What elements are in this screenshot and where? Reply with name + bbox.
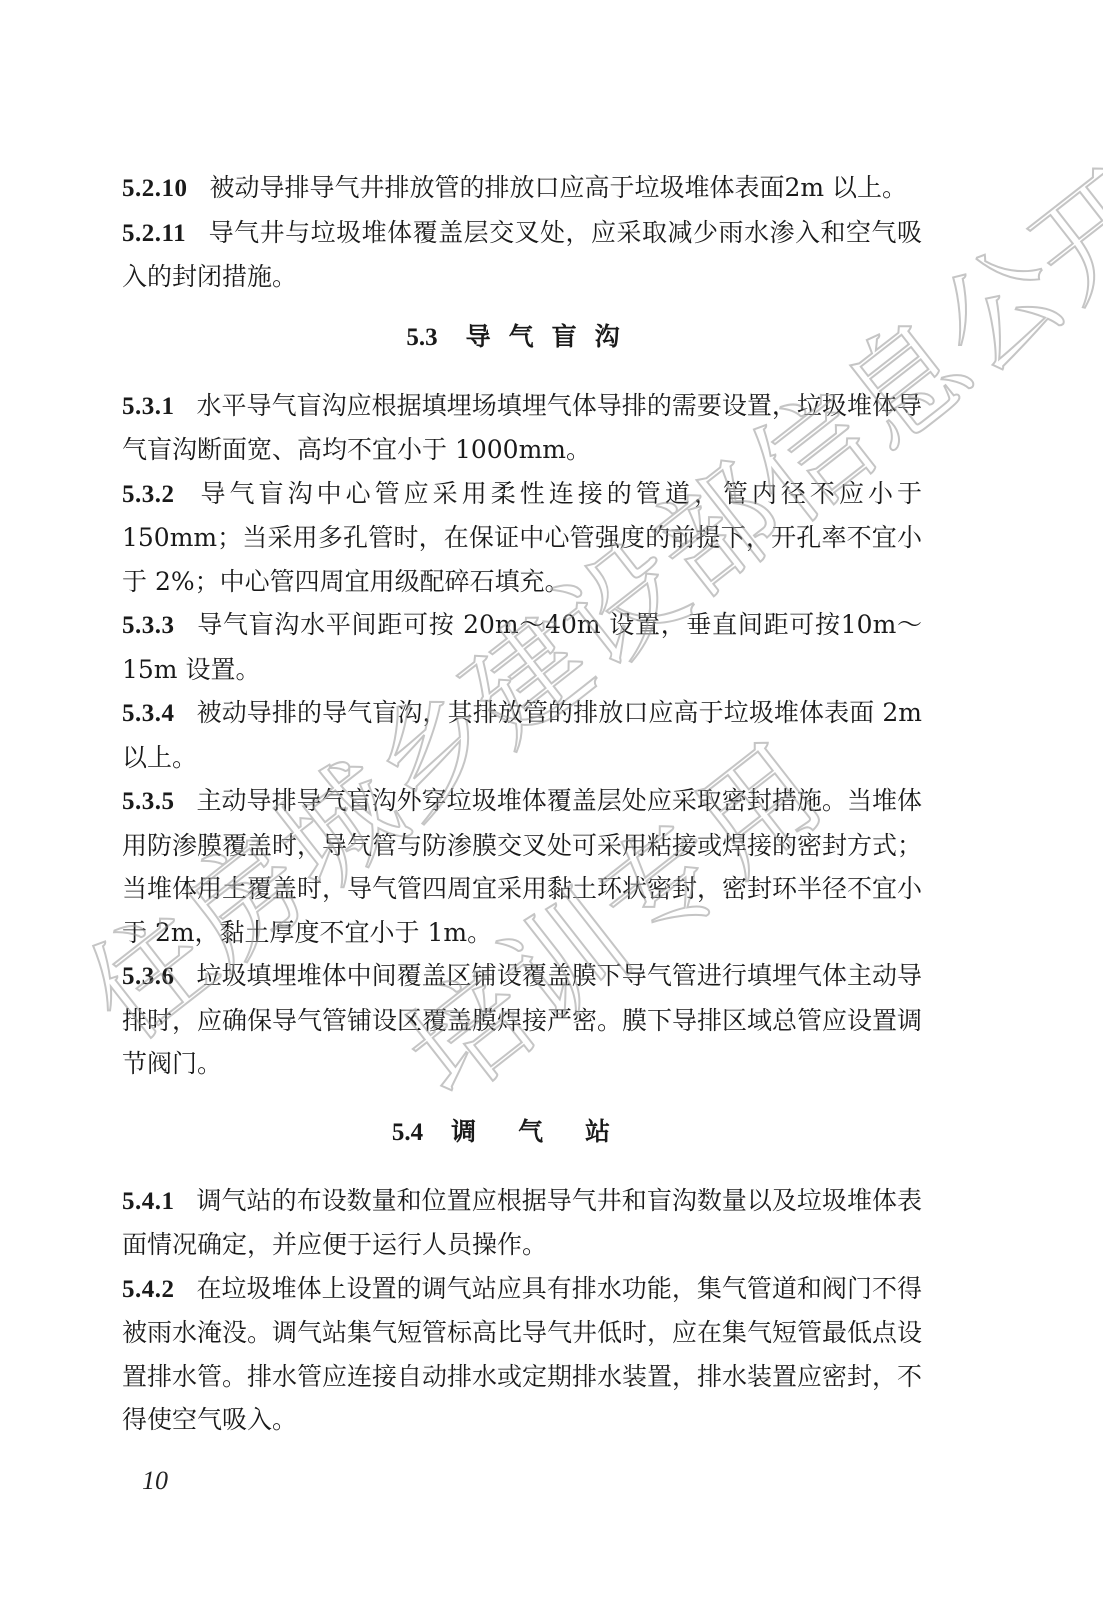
section-title: 导气盲沟 — [466, 322, 638, 351]
clause-text: 被动导排的导气盲沟，其排放管的排放口应高于垃圾堆体表面 2m 以上。 — [122, 698, 922, 772]
clause-number: 5.4.2 — [122, 1276, 175, 1303]
clause-number: 5.3.3 — [122, 612, 175, 639]
clause-5-3-2: 5.3.2导气盲沟中心管应采用柔性连接的管道，管内径不应小于 150mm；当采用… — [122, 472, 922, 604]
clause-number: 5.4.1 — [122, 1188, 175, 1215]
clause-number: 5.3.6 — [122, 963, 175, 990]
page-content: 5.2.10被动导排导气井排放管的排放口应高于垃圾堆体表面2m 以上。 5.2.… — [122, 166, 922, 1442]
clause-5-4-2: 5.4.2在垃圾堆体上设置的调气站应具有排水功能，集气管道和阀门不得被雨水淹没。… — [122, 1267, 922, 1442]
clause-number: 5.2.11 — [122, 220, 186, 247]
section-number: 5.4 — [392, 1119, 423, 1146]
clause-text: 导气盲沟水平间距可按 20m～40m 设置，垂直间距可按10m～15m 设置。 — [122, 610, 922, 684]
clause-number: 5.3.2 — [122, 481, 175, 508]
clause-text: 主动导排导气盲沟外穿垃圾堆体覆盖层处应采取密封措施。当堆体用防渗膜覆盖时，导气管… — [122, 786, 922, 947]
section-heading-5-4: 5.4调气站 — [122, 1112, 922, 1153]
clause-5-3-3: 5.3.3导气盲沟水平间距可按 20m～40m 设置，垂直间距可按10m～15m… — [122, 603, 922, 691]
clause-text: 在垃圾堆体上设置的调气站应具有排水功能，集气管道和阀门不得被雨水淹没。调气站集气… — [122, 1274, 922, 1435]
clause-5-4-1: 5.4.1调气站的布设数量和位置应根据导气井和盲沟数量以及垃圾堆体表面情况确定，… — [122, 1179, 922, 1267]
section-number: 5.3 — [406, 324, 437, 351]
clause-text: 被动导排导气井排放管的排放口应高于垃圾堆体表面2m 以上。 — [210, 173, 908, 202]
clause-5-3-6: 5.3.6垃圾填埋堆体中间覆盖区铺设覆盖膜下导气管进行填埋气体主动导排时，应确保… — [122, 954, 922, 1086]
clause-number: 5.3.4 — [122, 700, 175, 727]
page-number: 10 — [142, 1466, 168, 1496]
clause-5-3-1: 5.3.1水平导气盲沟应根据填埋场填埋气体导排的需要设置，垃圾堆体导气盲沟断面宽… — [122, 384, 922, 472]
section-title: 调气站 — [451, 1117, 652, 1146]
clause-5-2-11: 5.2.11导气井与垃圾堆体覆盖层交叉处，应采取减少雨水渗入和空气吸入的封闭措施… — [122, 211, 922, 299]
clause-5-2-10: 5.2.10被动导排导气井排放管的排放口应高于垃圾堆体表面2m 以上。 — [122, 166, 922, 211]
clause-number: 5.3.5 — [122, 788, 175, 815]
clause-text: 导气井与垃圾堆体覆盖层交叉处，应采取减少雨水渗入和空气吸入的封闭措施。 — [122, 218, 922, 292]
section-heading-5-3: 5.3导气盲沟 — [122, 317, 922, 358]
clause-text: 水平导气盲沟应根据填埋场填埋气体导排的需要设置，垃圾堆体导气盲沟断面宽、高均不宜… — [122, 391, 922, 465]
document-page: 5.2.10被动导排导气井排放管的排放口应高于垃圾堆体表面2m 以上。 5.2.… — [0, 0, 1103, 1597]
clause-5-3-5: 5.3.5主动导排导气盲沟外穿垃圾堆体覆盖层处应采取密封措施。当堆体用防渗膜覆盖… — [122, 779, 922, 954]
clause-text: 导气盲沟中心管应采用柔性连接的管道，管内径不应小于 150mm；当采用多孔管时，… — [122, 479, 922, 596]
clause-number: 5.3.1 — [122, 393, 175, 420]
clause-5-3-4: 5.3.4被动导排的导气盲沟，其排放管的排放口应高于垃圾堆体表面 2m 以上。 — [122, 691, 922, 779]
clause-number: 5.2.10 — [122, 175, 188, 202]
clause-text: 垃圾填埋堆体中间覆盖区铺设覆盖膜下导气管进行填埋气体主动导排时，应确保导气管铺设… — [122, 961, 922, 1078]
clause-text: 调气站的布设数量和位置应根据导气井和盲沟数量以及垃圾堆体表面情况确定，并应便于运… — [122, 1186, 922, 1260]
